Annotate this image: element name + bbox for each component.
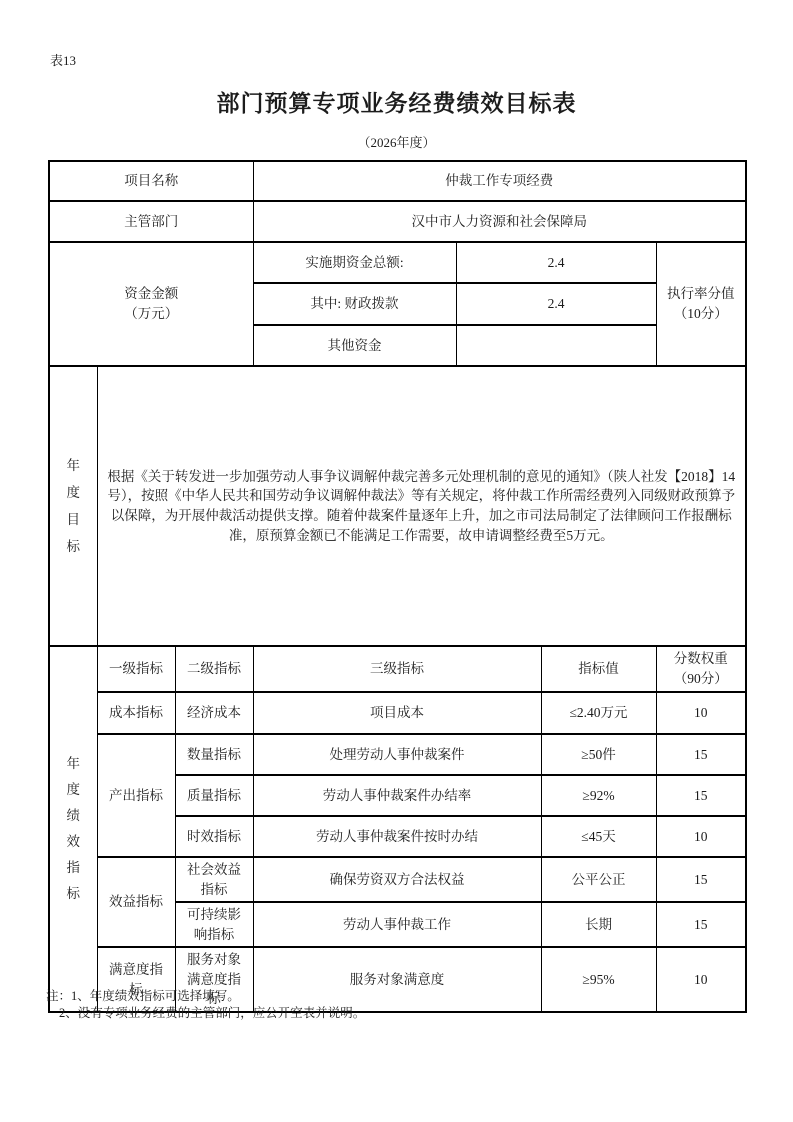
annual-goal-text-cell: 根据《关于转发进一步加强劳动人事争议调解仲裁完善多元处理机制的意见的通知》（陕人…	[97, 366, 746, 646]
department-label-cell: 主管部门	[49, 201, 253, 242]
indicator-l2-cell: 社会效益指标	[175, 857, 253, 902]
indicator-weight-cell: 10	[656, 947, 746, 1012]
indicator-row: 产出指标 数量指标 处理劳动人事仲裁案件 ≥50件 15	[49, 734, 746, 775]
indicator-weight-cell: 15	[656, 857, 746, 902]
indicator-l3-cell: 劳动人事仲裁案件按时办结	[253, 816, 541, 857]
funding-amount-label-line1: 资金金额	[56, 284, 247, 304]
funding-total-label-cell: 实施期资金总额:	[253, 242, 456, 283]
indicator-value-cell: 长期	[541, 902, 656, 947]
indicator-l3-cell: 劳动人事仲裁案件办结率	[253, 775, 541, 816]
annual-goal-label-cell: 年度目标	[49, 366, 97, 646]
indicator-l1-cell: 成本指标	[97, 692, 175, 734]
indicator-value-cell: ≥92%	[541, 775, 656, 816]
execution-rate-label-line1: 执行率分值	[663, 284, 740, 304]
indicators-section-label: 年度绩效指标	[66, 751, 80, 907]
annual-goal-label: 年度目标	[66, 452, 80, 560]
page-title: 部门预算专项业务经费绩效目标表	[0, 85, 793, 118]
table-number-label: 表13	[50, 50, 76, 69]
table-row: 资金金额 （万元） 实施期资金总额: 2.4 执行率分值 （10分）	[49, 242, 746, 283]
header-weight-line1: 分数权重	[663, 649, 740, 669]
header-level3-cell: 三级指标	[253, 646, 541, 692]
indicator-l2-cell: 质量指标	[175, 775, 253, 816]
funding-other-label-cell: 其他资金	[253, 325, 456, 366]
funding-total-value-cell: 2.4	[456, 242, 656, 283]
indicator-l3-cell: 劳动人事仲裁工作	[253, 902, 541, 947]
indicator-weight-cell: 10	[656, 692, 746, 734]
indicator-weight-cell: 15	[656, 775, 746, 816]
indicator-l3-cell: 项目成本	[253, 692, 541, 734]
indicator-l2-cell: 可持续影响指标	[175, 902, 253, 947]
indicator-l1-cell: 产出指标	[97, 734, 175, 857]
document-page: 表13 部门预算专项业务经费绩效目标表 （2026年度） 项目名称 仲裁工作专项…	[0, 0, 793, 1122]
indicator-weight-cell: 10	[656, 816, 746, 857]
footnotes: 注：1、年度绩效指标可选择填写。 2、没有专项业务经费的主管部门，应公开空表并说…	[46, 988, 365, 1022]
indicator-value-cell: ≤45天	[541, 816, 656, 857]
header-weight-line2: （90分）	[663, 669, 740, 689]
indicator-value-cell: ≤2.40万元	[541, 692, 656, 734]
header-level1-cell: 一级指标	[97, 646, 175, 692]
funding-fiscal-label-cell: 其中: 财政拨款	[253, 283, 456, 325]
indicator-l1-cell: 效益指标	[97, 857, 175, 947]
indicator-value-cell: 公平公正	[541, 857, 656, 902]
funding-amount-label-line2: （万元）	[56, 304, 247, 324]
indicator-value-cell: ≥95%	[541, 947, 656, 1012]
table-row: 主管部门 汉中市人力资源和社会保障局	[49, 201, 746, 242]
footnote-1: 注：1、年度绩效指标可选择填写。	[46, 988, 365, 1005]
header-weight-cell: 分数权重 （90分）	[656, 646, 746, 692]
indicator-value-cell: ≥50件	[541, 734, 656, 775]
department-value-cell: 汉中市人力资源和社会保障局	[253, 201, 746, 242]
header-level2-cell: 二级指标	[175, 646, 253, 692]
project-name-label-cell: 项目名称	[49, 161, 253, 201]
indicator-l2-cell: 数量指标	[175, 734, 253, 775]
indicator-weight-cell: 15	[656, 902, 746, 947]
funding-amount-label-cell: 资金金额 （万元）	[49, 242, 253, 366]
funding-other-value-cell	[456, 325, 656, 366]
table-row: 年度绩效指标 一级指标 二级指标 三级指标 指标值 分数权重 （90分）	[49, 646, 746, 692]
indicator-l2-cell: 经济成本	[175, 692, 253, 734]
project-name-value-cell: 仲裁工作专项经费	[253, 161, 746, 201]
execution-rate-score-cell: 执行率分值 （10分）	[656, 242, 746, 366]
page-subtitle: （2026年度）	[0, 132, 793, 151]
indicator-weight-cell: 15	[656, 734, 746, 775]
table-row: 项目名称 仲裁工作专项经费	[49, 161, 746, 201]
indicator-row: 效益指标 社会效益指标 确保劳资双方合法权益 公平公正 15	[49, 857, 746, 902]
indicators-section-label-cell: 年度绩效指标	[49, 646, 97, 1012]
header-value-cell: 指标值	[541, 646, 656, 692]
footnote-2: 2、没有专项业务经费的主管部门，应公开空表并说明。	[46, 1005, 365, 1022]
indicator-row: 成本指标 经济成本 项目成本 ≤2.40万元 10	[49, 692, 746, 734]
execution-rate-label-line2: （10分）	[663, 304, 740, 324]
budget-performance-table: 项目名称 仲裁工作专项经费 主管部门 汉中市人力资源和社会保障局 资金金额 （万…	[48, 160, 747, 1013]
indicator-l3-cell: 确保劳资双方合法权益	[253, 857, 541, 902]
indicator-l2-cell: 时效指标	[175, 816, 253, 857]
indicator-l3-cell: 处理劳动人事仲裁案件	[253, 734, 541, 775]
table-row: 年度目标 根据《关于转发进一步加强劳动人事争议调解仲裁完善多元处理机制的意见的通…	[49, 366, 746, 646]
funding-fiscal-value-cell: 2.4	[456, 283, 656, 325]
